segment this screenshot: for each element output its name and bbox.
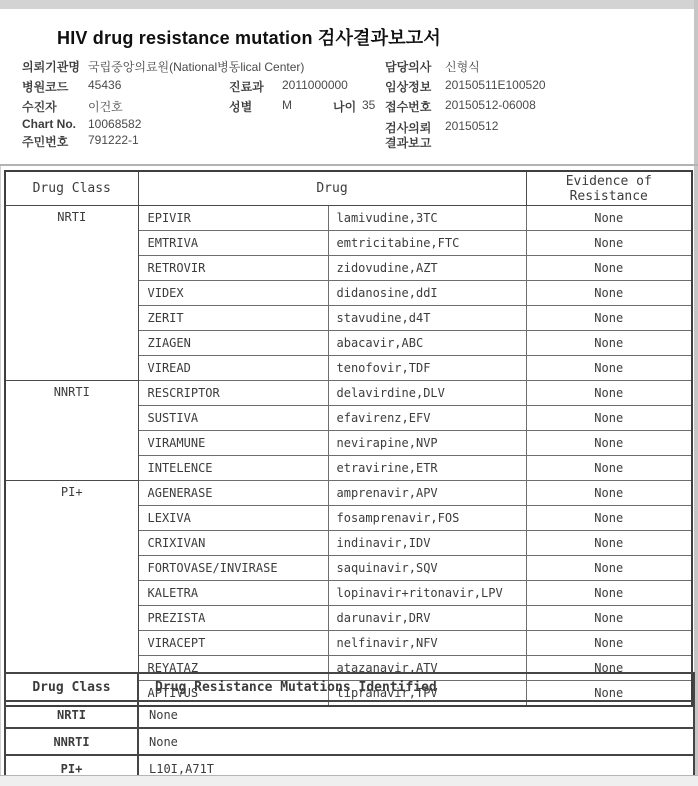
evidence-cell: None (526, 556, 692, 581)
generic-cell: fosamprenavir,FOS (328, 506, 526, 531)
report-page: HIV drug resistance mutation 검사결과보고서 의뢰기… (0, 0, 698, 786)
brand-cell: FORTOVASE/INVIRASE (138, 556, 328, 581)
brand-cell: KALETRA (138, 581, 328, 606)
generic-cell: emtricitabine,FTC (328, 231, 526, 256)
generic-cell: lamivudine,3TC (328, 206, 526, 231)
department-value: 2011000000 (282, 78, 348, 92)
doctor-label: 담당의사 (385, 58, 431, 75)
evidence-cell: None (526, 531, 692, 556)
table-row: PI+ AGENERASE amprenavir,APV None (5, 481, 692, 506)
brand-cell: VIDEX (138, 281, 328, 306)
brand-cell: LEXIVA (138, 506, 328, 531)
generic-cell: didanosine,ddI (328, 281, 526, 306)
brand-cell: PREZISTA (138, 606, 328, 631)
brand-cell: SUSTIVA (138, 406, 328, 431)
doctor-value: 신형식 (445, 58, 480, 75)
report-title: HIV drug resistance mutation 검사결과보고서 (57, 24, 441, 50)
resident-no-value: 791222-1 (88, 133, 139, 147)
age-value: 35 (362, 98, 375, 112)
table-row: NRTI None (5, 701, 694, 728)
evidence-cell: None (526, 306, 692, 331)
generic-cell: etravirine,ETR (328, 456, 526, 481)
window-right-edge (694, 0, 698, 786)
receipt-no-label: 접수번호 (385, 98, 431, 115)
header-drug-class: Drug Class (5, 673, 138, 701)
brand-cell: INTELENCE (138, 456, 328, 481)
age-label: 나이 (333, 98, 356, 115)
result-report-label: 결과보고 (385, 134, 431, 151)
mutations-cell: None (138, 701, 694, 728)
brand-cell: RETROVIR (138, 256, 328, 281)
evidence-cell: None (526, 256, 692, 281)
evidence-cell: None (526, 206, 692, 231)
resident-no-label: 주민번호 (22, 133, 68, 150)
clinical-info-label: 임상정보 (385, 78, 431, 95)
generic-cell: delavirdine,DLV (328, 381, 526, 406)
receipt-no-value: 20150512-06008 (445, 98, 536, 112)
chart-no-value: 10068582 (88, 117, 141, 131)
test-request-date-value: 20150512 (445, 119, 498, 133)
generic-cell: amprenavir,APV (328, 481, 526, 506)
table-row: NNRTI RESCRIPTOR delavirdine,DLV None (5, 381, 692, 406)
header-drug: Drug (138, 171, 526, 206)
generic-cell: zidovudine,AZT (328, 256, 526, 281)
brand-cell: EPIVIR (138, 206, 328, 231)
department-label: 진료과 (229, 78, 264, 95)
window-left-edge (0, 164, 1, 786)
brand-cell: EMTRIVA (138, 231, 328, 256)
drug-class-cell: NNRTI (5, 381, 138, 481)
patient-name-value: 이건호 (88, 98, 123, 115)
requesting-org-label: 의뢰기관명 (22, 58, 80, 75)
generic-cell: indinavir,IDV (328, 531, 526, 556)
table-row: NNRTI None (5, 728, 694, 755)
patient-label: 수진자 (22, 98, 57, 115)
evidence-cell: None (526, 406, 692, 431)
clinical-info-value: 20150511E100520 (445, 78, 546, 92)
table-row: NRTI EPIVIR lamivudine,3TC None (5, 206, 692, 231)
generic-cell: stavudine,d4T (328, 306, 526, 331)
evidence-cell: None (526, 356, 692, 381)
brand-cell: ZIAGEN (138, 331, 328, 356)
evidence-cell: None (526, 281, 692, 306)
evidence-cell: None (526, 631, 692, 656)
evidence-cell: None (526, 231, 692, 256)
header-drug-class: Drug Class (5, 171, 138, 206)
evidence-cell: None (526, 431, 692, 456)
drug-class-cell: NRTI (5, 701, 138, 728)
table-header-row: Drug Class Drug Resistance Mutations Ide… (5, 673, 694, 701)
chart-no-label: Chart No. (22, 117, 76, 131)
evidence-cell: None (526, 381, 692, 406)
window-top-edge (0, 0, 698, 9)
requesting-org-value: 국립중앙의료원(National병동lical Center) (88, 58, 304, 75)
drug-resistance-table: Drug Class Drug Evidence of Resistance N… (4, 170, 693, 707)
generic-cell: saquinavir,SQV (328, 556, 526, 581)
evidence-cell: None (526, 606, 692, 631)
section-divider (0, 164, 698, 166)
evidence-cell: None (526, 331, 692, 356)
brand-cell: CRIXIVAN (138, 531, 328, 556)
drug-class-cell: NRTI (5, 206, 138, 381)
brand-cell: RESCRIPTOR (138, 381, 328, 406)
mutations-cell: None (138, 728, 694, 755)
brand-cell: VIRAMUNE (138, 431, 328, 456)
brand-cell: VIREAD (138, 356, 328, 381)
window-bottom-edge (0, 775, 698, 786)
evidence-cell: None (526, 481, 692, 506)
brand-cell: ZERIT (138, 306, 328, 331)
drug-class-cell: NNRTI (5, 728, 138, 755)
hospital-code-value: 45436 (88, 78, 121, 92)
sex-value: M (282, 98, 292, 112)
evidence-cell: None (526, 581, 692, 606)
generic-cell: nelfinavir,NFV (328, 631, 526, 656)
hospital-code-label: 병원코드 (22, 78, 68, 95)
brand-cell: AGENERASE (138, 481, 328, 506)
generic-cell: lopinavir+ritonavir,LPV (328, 581, 526, 606)
header-evidence: Evidence of Resistance (526, 171, 692, 206)
generic-cell: nevirapine,NVP (328, 431, 526, 456)
mutations-table: Drug Class Drug Resistance Mutations Ide… (4, 672, 695, 783)
header-mutations: Drug Resistance Mutations Identified (138, 673, 694, 701)
brand-cell: VIRACEPT (138, 631, 328, 656)
sex-label: 성별 (229, 98, 252, 115)
generic-cell: abacavir,ABC (328, 331, 526, 356)
evidence-cell: None (526, 506, 692, 531)
evidence-cell: None (526, 456, 692, 481)
generic-cell: efavirenz,EFV (328, 406, 526, 431)
generic-cell: darunavir,DRV (328, 606, 526, 631)
table-header-row: Drug Class Drug Evidence of Resistance (5, 171, 692, 206)
generic-cell: tenofovir,TDF (328, 356, 526, 381)
